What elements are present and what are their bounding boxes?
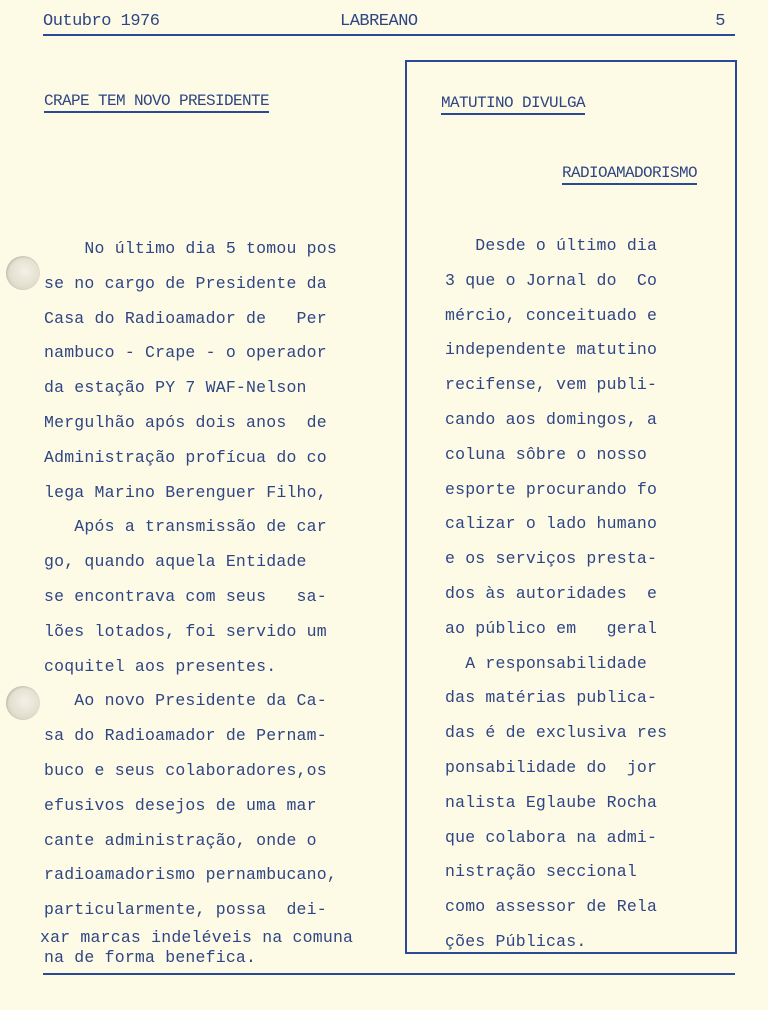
text-line: calizar o lado humano [445, 507, 667, 542]
text-line: xar marcas indeléveis na comuna [40, 928, 353, 948]
footer-rule [43, 973, 735, 975]
text-line: Ao novo Presidente da Ca- [44, 684, 353, 719]
text-line: coluna sôbre o nosso [445, 438, 667, 473]
right-article-title-line2: RADIOAMADORISMO [562, 164, 697, 185]
text-line: A responsabilidade [445, 647, 667, 682]
text-line: particularmente, possa dei- [44, 893, 353, 928]
right-article-box: MATUTINO DIVULGA RADIOAMADORISMO Desde o… [405, 60, 737, 954]
text-line: lega Marino Berenguer Filho, [44, 476, 353, 511]
text-line: na de forma benefica. [44, 948, 353, 968]
text-line: Administração profícua do co [44, 441, 353, 476]
text-line: das matérias publica- [445, 681, 667, 716]
page-number: 5 [715, 12, 725, 31]
text-line: da estação PY 7 WAF-Nelson [44, 371, 353, 406]
issue-date: Outubro 1976 [43, 12, 159, 31]
text-line: ponsabilidade do jor [445, 751, 667, 786]
text-line: ções Públicas. [445, 925, 667, 960]
text-line: Desde o último dia [445, 229, 667, 264]
text-line: das é de exclusiva res [445, 716, 667, 751]
text-line: Mergulhão após dois anos de [44, 406, 353, 441]
text-line: buco e seus colaboradores,os [44, 754, 353, 789]
text-line: como assessor de Rela [445, 890, 667, 925]
text-line: lões lotados, foi servido um [44, 615, 353, 650]
text-line: No último dia 5 tomou pos [44, 232, 353, 267]
text-line: que colabora na admi- [445, 821, 667, 856]
text-line: se encontrava com seus sa- [44, 580, 353, 615]
punch-hole-bottom [6, 686, 40, 720]
publication-title: LABREANO [340, 12, 418, 31]
text-line: independente matutino [445, 333, 667, 368]
text-line: coquitel aos presentes. [44, 650, 353, 685]
text-line: ao público em geral [445, 612, 667, 647]
text-line: se no cargo de Presidente da [44, 267, 353, 302]
text-line: Após a transmissão de car [44, 510, 353, 545]
text-line: nalista Eglaube Rocha [445, 786, 667, 821]
text-line: efusivos desejos de uma mar [44, 789, 353, 824]
punch-hole-top [6, 256, 40, 290]
text-line: nambuco - Crape - o operador [44, 336, 353, 371]
left-article: CRAPE TEM NOVO PRESIDENTE No último dia … [44, 92, 394, 113]
left-article-body: No último dia 5 tomou pos se no cargo de… [44, 232, 353, 968]
page-header: Outubro 1976 LABREANO 5 [43, 10, 735, 36]
text-line: 3 que o Jornal do Co [445, 264, 667, 299]
header-rule [43, 34, 735, 36]
text-line: sa do Radioamador de Pernam- [44, 719, 353, 754]
text-line: esporte procurando fo [445, 473, 667, 508]
right-article-title-line1: MATUTINO DIVULGA [441, 94, 585, 115]
text-line: nistração seccional [445, 855, 667, 890]
text-line: cante administração, onde o [44, 824, 353, 859]
right-article-body: Desde o último dia 3 que o Jornal do Co … [445, 229, 667, 960]
text-line: recifense, vem publi- [445, 368, 667, 403]
text-line: e os serviços presta- [445, 542, 667, 577]
text-line: radioamadorismo pernambucano, [44, 858, 353, 893]
text-line: go, quando aquela Entidade [44, 545, 353, 580]
left-article-closing: xar marcas indeléveis na comuna na de fo… [44, 928, 353, 968]
text-line: cando aos domingos, a [445, 403, 667, 438]
text-line: Casa do Radioamador de Per [44, 302, 353, 337]
text-line: dos às autoridades e [445, 577, 667, 612]
left-article-title: CRAPE TEM NOVO PRESIDENTE [44, 92, 269, 113]
text-line: mércio, conceituado e [445, 299, 667, 334]
